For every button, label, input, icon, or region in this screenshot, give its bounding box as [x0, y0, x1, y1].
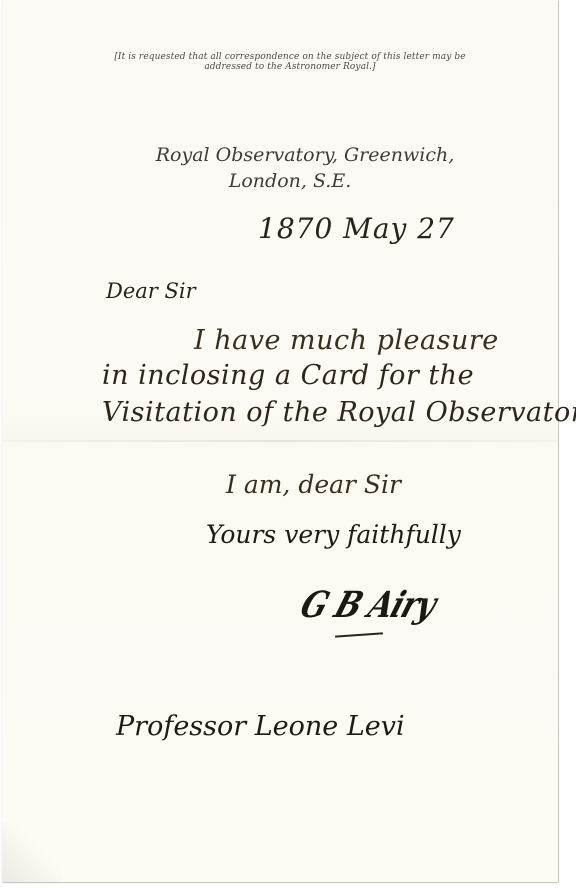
- printed-correspondence-notice: [It is requested that all correspondence…: [80, 52, 500, 72]
- closing-line-2: Yours very faithfully: [206, 520, 461, 549]
- signature: G B Airy: [295, 585, 440, 627]
- notice-line-2: addressed to the Astronomer Royal.]: [80, 62, 500, 72]
- letter-date: 1870 May 27: [258, 212, 455, 245]
- body-line-3: Visitation of the Royal Observatory.: [102, 397, 576, 428]
- letterhead: Royal Observatory, Greenwich, London, S.…: [140, 142, 470, 194]
- letter-sheet: [2, 0, 558, 882]
- closing-line-1: I am, dear Sir: [226, 470, 401, 499]
- body-line-1: I have much pleasure: [194, 325, 499, 356]
- fold-line: [2, 440, 558, 442]
- body-line-2: in inclosing a Card for the: [102, 360, 474, 391]
- letterhead-line-1: Royal Observatory, Greenwich,: [156, 144, 455, 166]
- paper-corner-shadow: [2, 822, 62, 882]
- addressee: Professor Leone Levi: [116, 711, 405, 742]
- letterhead-line-2: London, S.E.: [140, 168, 470, 194]
- salutation: Dear Sir: [106, 279, 196, 303]
- notice-line-1: [It is requested that all correspondence…: [80, 52, 500, 62]
